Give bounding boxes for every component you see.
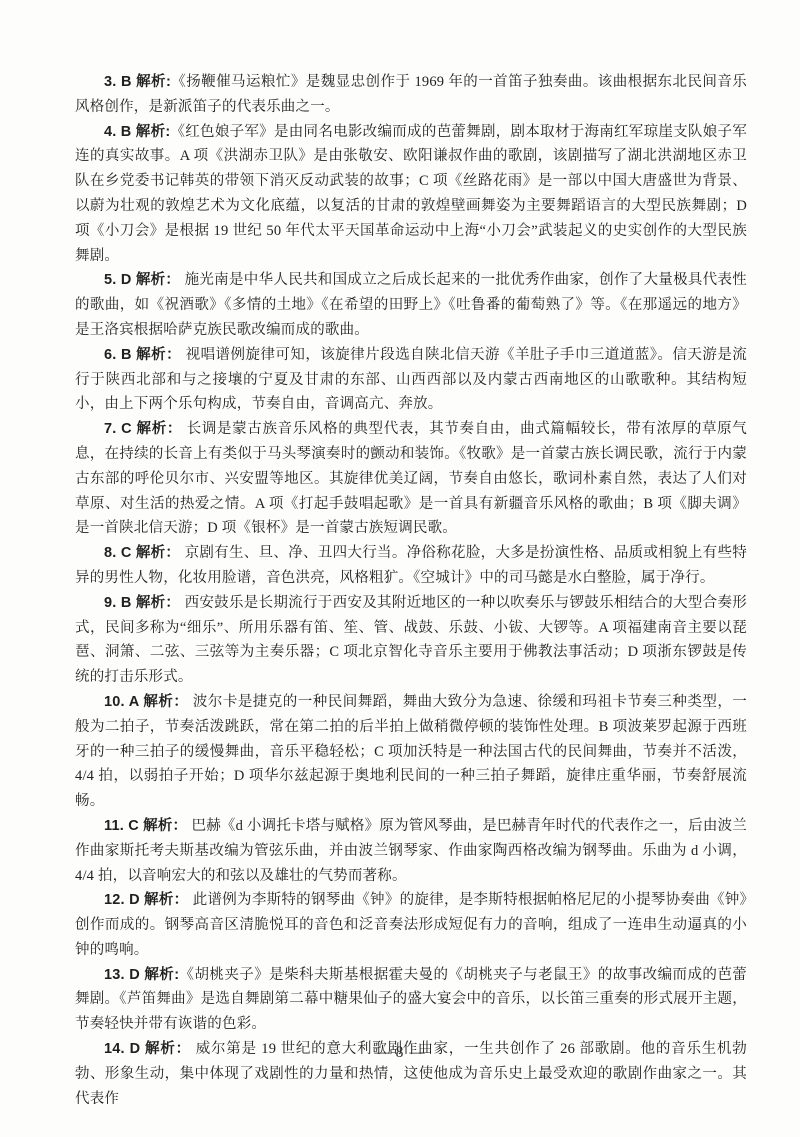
question-answer-head: 11. C 解析：: [104, 818, 191, 834]
page-number: — 8 —: [0, 1044, 800, 1062]
question-answer-head: 4. B 解析:: [104, 124, 170, 140]
explanation-text: 长调是蒙古族音乐风格的典型代表，其节奏自由，曲式篇幅较长，带有浓厚的草原气息，在…: [75, 421, 747, 536]
explanation-text: 《扬鞭催马运粮忙》是魏显忠创作于 1969 年的一首笛子独奏曲。该曲根据东北民间…: [75, 74, 747, 115]
explanation-item-4: 4. B 解析:《红色娘子军》是由同名电影改编而成的芭蕾舞剧，剧本取材于海南红军…: [75, 120, 747, 269]
explanation-item-12: 12. D 解析： 此谱例为李斯特的钢琴曲《钟》的旋律，是李斯特根据帕格尼尼的小…: [75, 888, 747, 962]
question-answer-head: 7. C 解析：: [104, 421, 187, 437]
explanation-text: 波尔卡是捷克的一种民间舞蹈，舞曲大致分为急速、徐缓和玛祖卡节奏三种类型，一般为二…: [75, 694, 747, 809]
question-answer-head: 5. D 解析：: [104, 272, 185, 288]
answer-explanations: 3. B 解析:《扬鞭催马运粮忙》是魏显忠创作于 1969 年的一首笛子独奏曲。…: [75, 70, 747, 1111]
explanation-item-5: 5. D 解析： 施光南是中华人民共和国成立之后成长起来的一批优秀作曲家，创作了…: [75, 268, 747, 342]
document-page: 3. B 解析:《扬鞭催马运粮忙》是魏显忠创作于 1969 年的一首笛子独奏曲。…: [0, 0, 800, 1137]
question-answer-head: 9. B 解析：: [104, 595, 185, 611]
question-answer-head: 8. C 解析：: [104, 545, 185, 561]
explanation-item-10: 10. A 解析： 波尔卡是捷克的一种民间舞蹈，舞曲大致分为急速、徐缓和玛祖卡节…: [75, 690, 747, 814]
explanation-item-13: 13. D 解析:《胡桃夹子》是柴科夫斯基根据霍夫曼的《胡桃夹子与老鼠王》的故事…: [75, 963, 747, 1037]
explanation-item-7: 7. C 解析： 长调是蒙古族音乐风格的典型代表，其节奏自由，曲式篇幅较长，带有…: [75, 417, 747, 541]
explanation-item-11: 11. C 解析： 巴赫《d 小调托卡塔与赋格》原为管风琴曲，是巴赫青年时代的代…: [75, 814, 747, 888]
explanation-item-6: 6. B 解析： 视唱谱例旋律可知，该旋律片段选自陕北信天游《羊肚子手巾三道道蓝…: [75, 343, 747, 417]
question-answer-head: 3. B 解析:: [104, 74, 171, 90]
explanation-text: 《红色娘子军》是由同名电影改编而成的芭蕾舞剧，剧本取材于海南红军琼崖支队娘子军连…: [75, 124, 747, 264]
question-answer-head: 13. D 解析:: [104, 967, 179, 983]
question-answer-head: 12. D 解析：: [104, 892, 193, 908]
question-answer-head: 6. B 解析：: [104, 347, 186, 363]
explanation-item-9: 9. B 解析： 西安鼓乐是长期流行于西安及其附近地区的一种以吹奏乐与锣鼓乐相结…: [75, 591, 747, 690]
question-answer-head: 10. A 解析：: [104, 694, 193, 710]
explanation-item-3: 3. B 解析:《扬鞭催马运粮忙》是魏显忠创作于 1969 年的一首笛子独奏曲。…: [75, 70, 747, 120]
explanation-item-8: 8. C 解析： 京剧有生、旦、净、丑四大行当。净俗称花脸，大多是扮演性格、品质…: [75, 541, 747, 591]
